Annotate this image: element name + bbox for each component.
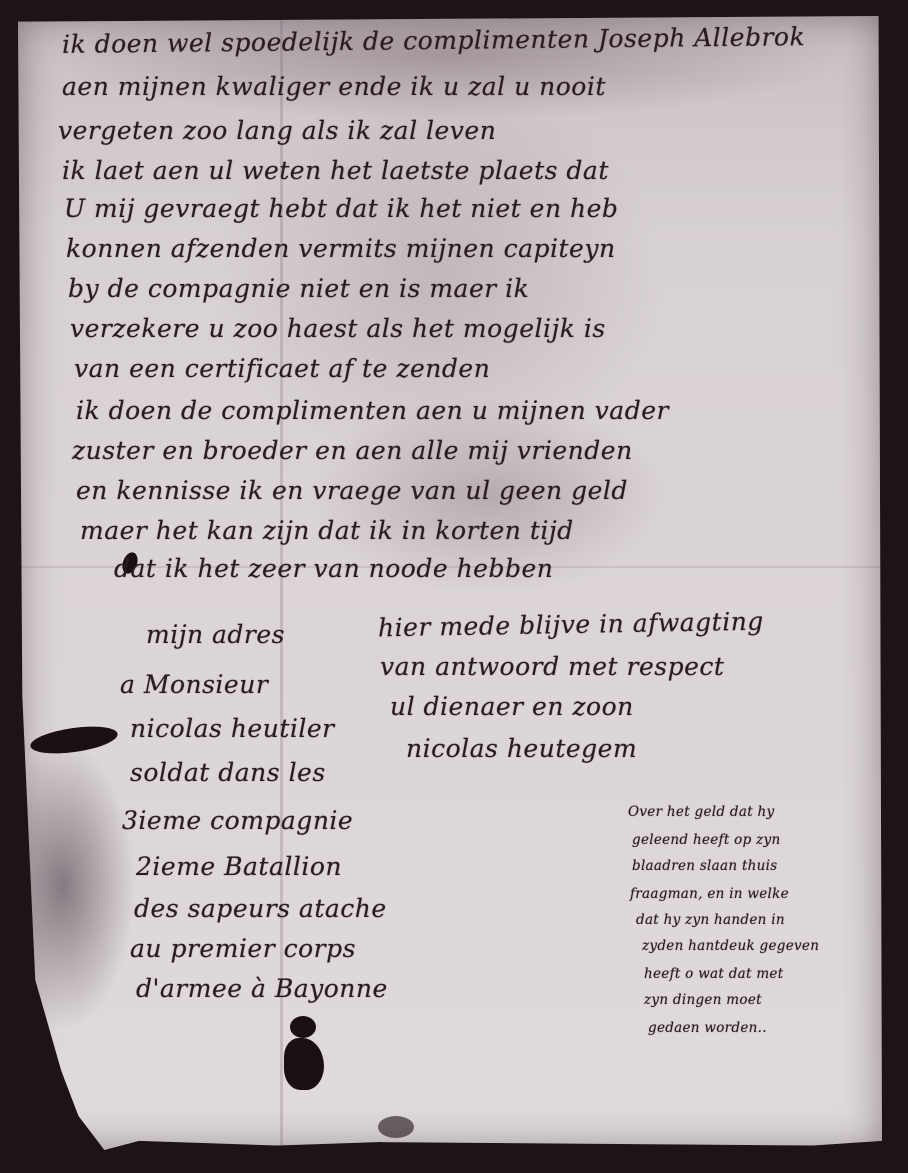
body-line: maer het kan zijn dat ik in korten tijd [80, 516, 574, 545]
address-line: 2ieme Batallion [136, 852, 342, 881]
body-line: by de compagnie niet en is maer ik [68, 274, 529, 303]
ink-smudge-bottom [378, 1116, 414, 1138]
address-line: 3ieme compagnie [122, 806, 353, 835]
body-line: dat ik het zeer van noode hebben [114, 554, 553, 583]
address-line: soldat dans les [130, 758, 326, 787]
body-line: verzekere u zoo haest als het mogelijk i… [70, 314, 606, 343]
body-line: van een certificaet af te zenden [74, 354, 490, 383]
address-line: mijn adres [146, 620, 285, 649]
postscript-line: zyn dingen moet [644, 992, 762, 1008]
closing-line: hier mede blijve in afwagting [378, 607, 764, 643]
address-line: d'armee à Bayonne [136, 974, 388, 1003]
ink-blot-bottom [290, 1016, 316, 1038]
postscript-line: dat hy zyn handen in [636, 912, 785, 928]
address-line: au premier corps [130, 934, 356, 963]
closing-line: ul dienaer en zoon [390, 692, 634, 721]
postscript-line: heeft o wat dat met [644, 966, 783, 982]
signature: nicolas heutegem [406, 734, 637, 763]
postscript-line: gedaen worden.. [648, 1020, 767, 1036]
postscript-line: Over het geld dat hy [628, 804, 774, 820]
ink-blot-left [29, 722, 119, 758]
body-line: aen mijnen kwaliger ende ik u zal u nooi… [62, 72, 606, 101]
body-line: vergeten zoo lang als ik zal leven [58, 116, 496, 145]
letter-paper: ik doen wel spoedelijk de complimenten J… [18, 16, 882, 1150]
address-line: des sapeurs atache [134, 894, 387, 923]
postscript-line: zyden hantdeuk gegeven [642, 938, 819, 954]
postscript-line: fraagman, en in welke [630, 886, 789, 902]
body-line: konnen afzenden vermits mijnen capiteyn [66, 234, 616, 263]
body-line: en kennisse ik en vraege van ul geen gel… [76, 476, 628, 505]
postscript-line: geleend heeft op zyn [632, 832, 780, 848]
ink-blot-bottom-large [284, 1038, 324, 1090]
body-line: ik doen de complimenten aen u mijnen vad… [76, 396, 669, 425]
postscript-line: blaadren slaan thuis [632, 858, 778, 874]
body-line: ik laet aen ul weten het laetste plaets … [62, 156, 609, 185]
body-line: zuster en broeder en aen alle mij vriend… [72, 436, 633, 465]
body-line: ik doen wel spoedelijk de complimenten J… [62, 22, 805, 59]
closing-line: van antwoord met respect [380, 652, 724, 681]
address-line: a Monsieur [120, 670, 268, 699]
body-line: U mij gevraegt hebt dat ik het niet en h… [64, 194, 618, 223]
address-line: nicolas heutiler [130, 714, 335, 743]
